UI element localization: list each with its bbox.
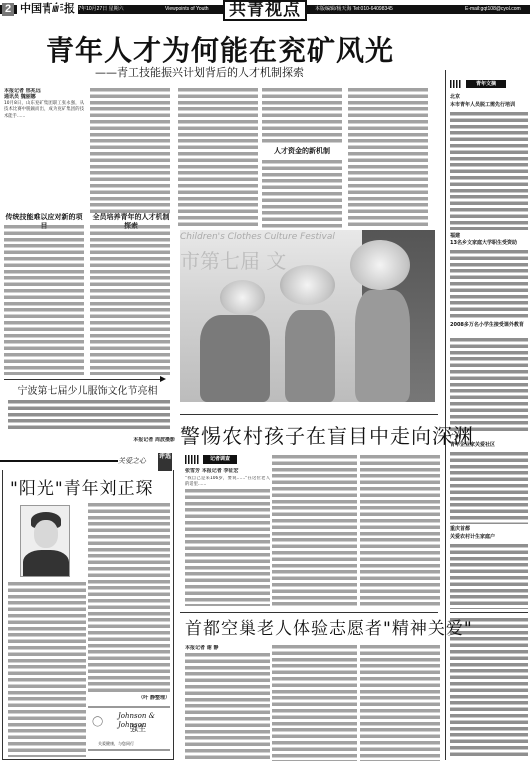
band-rule bbox=[0, 460, 118, 462]
lead-section-head: 人才资金的新机制 bbox=[262, 147, 342, 156]
article-body: "我自己是来106岁，要说……"在这位老人的话里…… bbox=[185, 476, 270, 489]
profile-column-2 bbox=[88, 503, 170, 693]
child-figure bbox=[355, 290, 410, 402]
warning-column-1: "我自己是来106岁，要说……"在这位老人的话里…… bbox=[185, 476, 270, 606]
capital-headline: 首都空巢老人体验志愿者"精神关爱" bbox=[185, 618, 473, 640]
arrow-right-icon bbox=[160, 376, 166, 382]
portrait-body bbox=[23, 550, 69, 577]
sidebar-title: 关爱农村计生家庭户 bbox=[450, 534, 528, 541]
kicker-text: 记者调查 bbox=[203, 455, 237, 464]
festival-photo: Children's Clothes Culture Festival 市第七届… bbox=[180, 230, 435, 402]
article-body: 10月8日，山东兖矿集团职工张永强，从技术比赛中脱颖而出，成为兖矿集团的技术能手… bbox=[4, 101, 84, 120]
lead-column-2b-text bbox=[90, 225, 170, 375]
ningbo-text bbox=[8, 400, 170, 430]
editor-phone: 本版编辑/杨天海 Tel:010-64098345 bbox=[315, 5, 393, 14]
kicker: 记者调查 bbox=[185, 455, 255, 464]
divider bbox=[180, 612, 438, 613]
child-headdress bbox=[220, 280, 265, 315]
lead-column-5-text bbox=[348, 88, 428, 228]
sidebar-title: 2008多万名小学生接受课外教育 bbox=[450, 322, 528, 329]
child-figure bbox=[285, 310, 335, 402]
portrait-face bbox=[34, 520, 58, 548]
portrait-photo bbox=[20, 505, 70, 577]
lead-column-1-text bbox=[4, 225, 84, 375]
olympic-rings-icon: ◯ bbox=[92, 716, 103, 728]
profile-headline: "阳光"青年刘正琛 bbox=[10, 478, 154, 500]
child-headdress bbox=[280, 265, 335, 305]
capital-column-1 bbox=[185, 653, 270, 761]
capital-column-3 bbox=[360, 645, 440, 761]
ad-brand-cn: 强生 bbox=[130, 724, 146, 734]
sidebar-label-text: 青年文摘 bbox=[466, 80, 506, 88]
column-tag: 评选 bbox=[158, 453, 172, 471]
sidebar-text bbox=[450, 544, 528, 609]
ad-tagline: 关爱健康，与您同行 bbox=[98, 741, 134, 747]
warning-column-2 bbox=[272, 455, 357, 606]
profile-closing: （叶 静整理） bbox=[130, 695, 170, 701]
child-figure bbox=[200, 315, 270, 402]
byline: 张雪芳 本报记者 李征宏 bbox=[185, 468, 270, 474]
sidebar-text bbox=[450, 112, 528, 230]
divider bbox=[450, 612, 528, 613]
column-script: 关爱之心 bbox=[118, 455, 146, 467]
article-text bbox=[185, 489, 270, 606]
sidebar-region: 福建 bbox=[450, 233, 460, 240]
paper-logo: 中国青年报 bbox=[17, 2, 78, 16]
barcode-icon bbox=[450, 80, 462, 88]
photo-chinese-text: 市第七届 文 bbox=[180, 250, 286, 272]
section-title: 共青视点 bbox=[223, 0, 307, 21]
profile-column-band: 关爱之心 评选 bbox=[0, 455, 175, 467]
sidebar-region: 北京 bbox=[450, 94, 460, 101]
byline: 本报记者 周波摄影 bbox=[120, 437, 175, 443]
sidebar-text bbox=[450, 452, 528, 524]
advertisement: ◯ Johnson & Johnson 强生 关爱健康，与您同行 bbox=[88, 706, 170, 751]
divider bbox=[180, 414, 438, 415]
profile-column-1 bbox=[8, 582, 86, 757]
sidebar-divider bbox=[445, 70, 446, 760]
english-name: Viewpoints of Youth bbox=[165, 5, 209, 14]
byline: 本报记者 谢 静 bbox=[185, 645, 270, 651]
photo-banner-text: Children's Clothes Culture Festival bbox=[180, 232, 360, 243]
sidebar-text bbox=[450, 250, 528, 320]
lead-headline: 青年人才为何能在兖矿风光 bbox=[0, 36, 440, 66]
barcode-icon bbox=[185, 455, 199, 464]
lead-column-4-text bbox=[262, 88, 342, 143]
divider bbox=[4, 379, 164, 380]
lead-column-2-text bbox=[90, 88, 170, 213]
sidebar-region: 重庆首都 bbox=[450, 526, 470, 533]
child-headdress bbox=[350, 240, 410, 290]
masthead: 2 中国青年报 //// 2007年10月27日 星期六 Viewpoints … bbox=[0, 0, 530, 22]
lead-column-4b-text bbox=[262, 160, 342, 228]
masthead-slashes: //// bbox=[50, 4, 60, 14]
warning-column-3 bbox=[360, 455, 440, 606]
email: E-mail:gqt108@cyol.com bbox=[465, 5, 521, 14]
sidebar-text bbox=[450, 338, 528, 433]
capital-column-2 bbox=[272, 645, 357, 761]
lead-subheadline: ——青工技能振兴计划背后的人才机制探索 bbox=[95, 66, 304, 80]
page-number: 2 bbox=[2, 3, 14, 16]
lead-column-1: 本报记者 邢兆远 通讯员 魏丽娜 10月8日，山东兖矿集团职工张永强，从技术比赛… bbox=[4, 88, 84, 213]
sidebar-title: 13名乡文家庭大学职生受资助 bbox=[450, 240, 528, 247]
ningbo-headline: 宁波第七届少儿服饰文化节亮相 bbox=[0, 385, 175, 398]
issue-date: 2007年10月27日 星期六 bbox=[70, 5, 124, 14]
sidebar-title: 本市青年人员脱工需先行培训 bbox=[450, 102, 528, 109]
lead-column-3-text bbox=[178, 88, 258, 228]
sidebar-label: 青年文摘 bbox=[450, 80, 528, 88]
warning-headline: 警惕农村孩子在盲目中走向深渊 bbox=[180, 424, 474, 448]
